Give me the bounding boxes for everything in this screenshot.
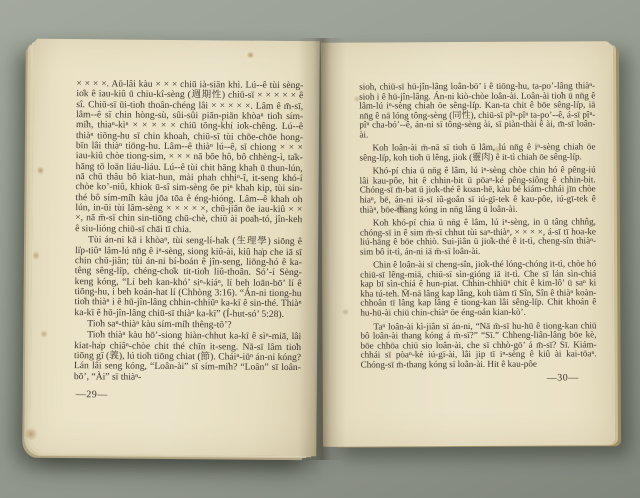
paragraph: Koh khó-pí chia ū nn̄g ê lâm, lú iⁿ-sèng…	[360, 217, 596, 256]
paragraph: Tio̍h thiàⁿ kàu hō’-siong hiàn-chhut ka-…	[74, 330, 301, 384]
paragraph: Taⁿ loân-ài kì-jiân sī án-ni, “Nā m̄-sī …	[360, 321, 596, 370]
book-page-left: × × × ×. Aū-lâi kàu × × × chiū ià-siān k…	[30, 39, 320, 456]
paragraph: Koh loân-ài m̄-nā sī tio̍h ū lâm, lú nn̄…	[359, 143, 595, 163]
paragraph: Chin ê loân-ài sī cheng-sîn, jio̍k-thé l…	[360, 260, 596, 319]
paragraph: Khó-pí chia ū nn̄g ê lâm, lú iⁿ-sèng chò…	[360, 166, 596, 215]
page-number-right: —30—	[361, 373, 597, 385]
book-page-right: sioh, chiū-sī hū-jîn-lâng loân-bō’ i ê t…	[321, 41, 613, 447]
paragraph: Tùi án-ni kā i khòaⁿ, tùi seng-lí-ha̍k (…	[74, 235, 302, 320]
book-spread-photo: × × × ×. Aū-lâi kàu × × × chiū ià-siān k…	[0, 0, 640, 498]
paragraph: sioh, chiū-sī hū-jîn-lâng loân-bō’ i ê t…	[359, 81, 595, 140]
page-number-left: —29—	[74, 389, 301, 402]
paragraph: × × × ×. Aū-lâi kàu × × × chiū ià-siān k…	[75, 79, 303, 236]
